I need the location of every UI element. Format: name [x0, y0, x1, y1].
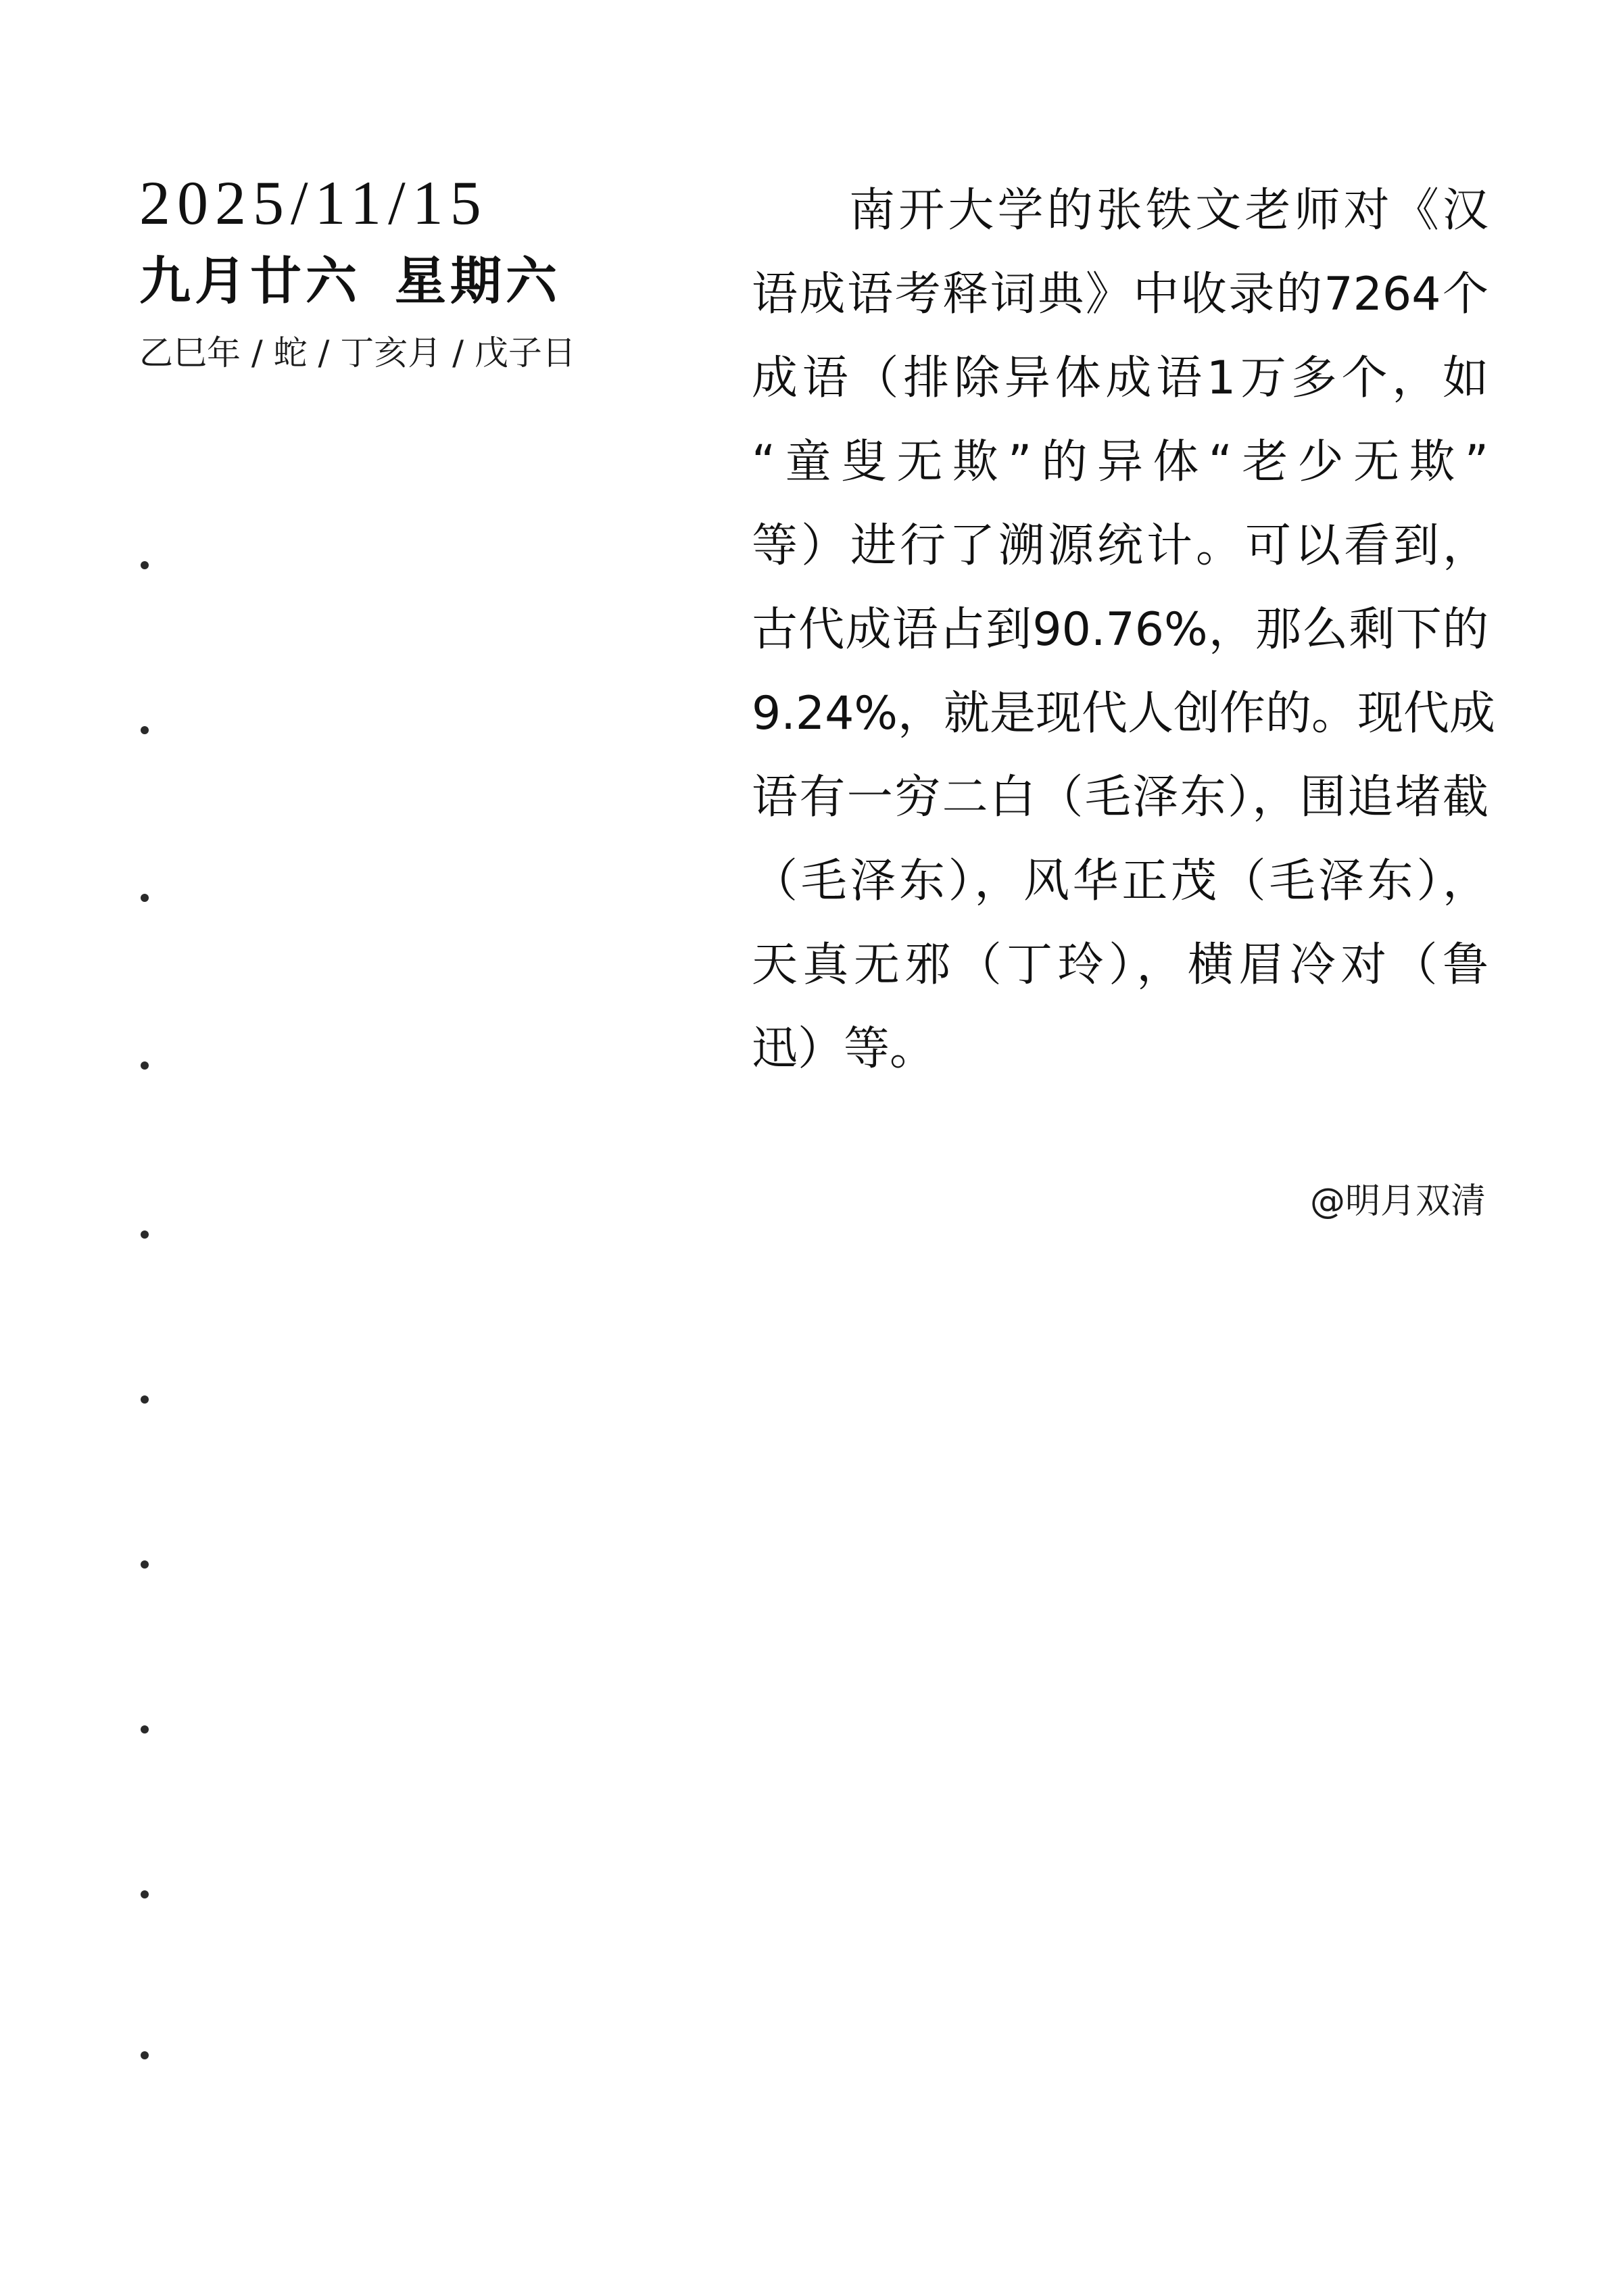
article-line: 9.24%，就是现代人创作的。现代成 [752, 672, 1489, 756]
lunar-date: 九月廿六 [139, 251, 361, 311]
article-line: 迅）等。 [752, 1007, 1489, 1091]
article-line: 南开大学的张铁文老师对《汉 [752, 169, 1489, 253]
article-line: （毛泽东），风华正茂（毛泽东）， [752, 840, 1489, 924]
bullet-dot-icon [141, 726, 149, 734]
ganzhi-line: 乙巳年 / 蛇 / 丁亥月 / 戊子日 [139, 333, 653, 373]
article-line: 语有一穷二白（毛泽东），围追堵截 [752, 756, 1489, 840]
author-signature: @明月双清 [1310, 1178, 1486, 1225]
date-header: 2025/11/15 九月廿六星期六 乙巳年 / 蛇 / 丁亥月 / 戊子日 [139, 169, 653, 373]
bullet-dot-icon [141, 1061, 149, 1070]
bullet-dot-icon [141, 1395, 149, 1404]
article-line: 等）进行了溯源统计。可以看到， [752, 504, 1489, 588]
article-body: 南开大学的张铁文老师对《汉 语成语考释词典》中收录的7264个 成语（排除异体成… [752, 169, 1489, 1091]
weekday: 星期六 [395, 251, 561, 311]
bullet-dot-icon [141, 561, 149, 569]
article-line: 古代成语占到90.76%，那么剩下的 [752, 588, 1489, 672]
article-line: 成语（排除异体成语1万多个，如 [752, 337, 1489, 421]
bullet-dot-icon [141, 1560, 149, 1569]
bullet-dot-icon [141, 2051, 149, 2059]
bullet-dot-icon [141, 1230, 149, 1239]
bullet-dot-icon [141, 894, 149, 902]
article-line: 天真无邪（丁玲），横眉冷对（鲁 [752, 924, 1489, 1007]
dot-column [141, 0, 154, 2296]
gregorian-date: 2025/11/15 [139, 169, 653, 237]
lunar-date-line: 九月廿六星期六 [139, 250, 653, 312]
article-line: 语成语考释词典》中收录的7264个 [752, 253, 1489, 337]
article-line: “童叟无欺”的异体“老少无欺” [752, 421, 1489, 504]
bullet-dot-icon [141, 1725, 149, 1733]
bullet-dot-icon [141, 1890, 149, 1898]
